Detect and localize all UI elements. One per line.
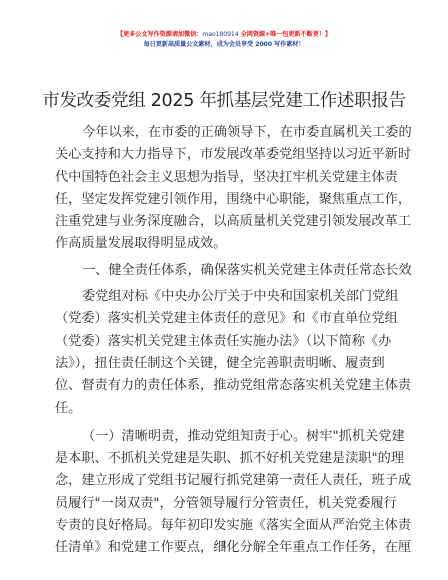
page-number: 1 bbox=[0, 540, 448, 551]
promo-text-red-end: 全网资源+唯一包更新不断更！】 bbox=[239, 31, 331, 38]
document-body: 今年以来，在市委的正确领导下，在市委直属机关工委的 关心支持和大力指导下，市发展… bbox=[55, 122, 395, 561]
promo-text-red-start: 【更多公文写作资源请加微信： bbox=[117, 31, 202, 38]
section-heading-1: 一、健全责任体系，确保落实机关党建主体责任常态长效 bbox=[55, 260, 395, 282]
text-line: 注重党建与业务深度融合，以高质量机关党建引领发展改革工 bbox=[55, 211, 395, 233]
text-line: （一）清晰明责，推动党组知责于心。树牢"抓机关党建 bbox=[55, 426, 395, 448]
text-line: 法》），扭住责任制这个关键，健全完善职责明晰、履责到 bbox=[55, 353, 395, 375]
text-line: 念，建立形成了党组书记履行抓党建第一责任人责任，班子成 bbox=[55, 470, 395, 492]
text-line: 专责的良好格局。每年初印发实施《落实全面从严治党主体责 bbox=[55, 515, 395, 537]
paragraph-section-1: 委党组对标《中央办公厅关于中央和国家机关部门党组 （党委）落实机关党建主体责任的… bbox=[55, 286, 395, 420]
document-title: 市发改委党组 2025 年抓基层党建工作述职报告 bbox=[0, 90, 448, 112]
text-line: 位、督责有力的责任体系，推动党组常态落实机关党建主体责 bbox=[55, 375, 395, 397]
text-line: 作高质量发展取得明显成效。 bbox=[55, 233, 395, 255]
text-line: 今年以来，在市委的正确领导下，在市委直属机关工委的 bbox=[55, 122, 395, 144]
promo-wechat-id: mao180914 bbox=[202, 31, 238, 38]
text-line: 任，坚定发挥党建引领作用，围绕中心职能，聚焦重点工作， bbox=[55, 189, 395, 211]
text-line: （党委）落实机关党建主体责任实施办法》（以下简称《办 bbox=[55, 331, 395, 353]
document-page: 【更多公文写作资源请加微信：mao180914 全网资源+唯一包更新不断更！】 … bbox=[0, 0, 448, 580]
text-line: 代中国特色社会主义思想为指导，坚决扛牢机关党建主体责 bbox=[55, 167, 395, 189]
text-line: 员履行"一岗双责"，分管领导履行分管责任，机关党委履行 bbox=[55, 493, 395, 515]
text-line: 任。 bbox=[55, 398, 395, 420]
text-line: （党委）落实机关党建主体责任的意见》和《市直单位党组 bbox=[55, 308, 395, 330]
text-line: 委党组对标《中央办公厅关于中央和国家机关部门党组 bbox=[55, 286, 395, 308]
text-line: 关心支持和大力指导下，市发展改革委党组坚持以习近平新时 bbox=[55, 144, 395, 166]
promo-banner-line-1: 【更多公文写作资源请加微信：mao180914 全网资源+唯一包更新不断更！】 bbox=[0, 30, 448, 40]
text-line: 是本职、不抓机关党建是失职、抓不好机关党建是渎职"的理 bbox=[55, 448, 395, 470]
paragraph-intro: 今年以来，在市委的正确领导下，在市委直属机关工委的 关心支持和大力指导下，市发展… bbox=[55, 122, 395, 256]
promo-banner-line-2: 每日更新高质量公文素材，成为会员享受 2000 写作素材！ bbox=[0, 40, 448, 50]
